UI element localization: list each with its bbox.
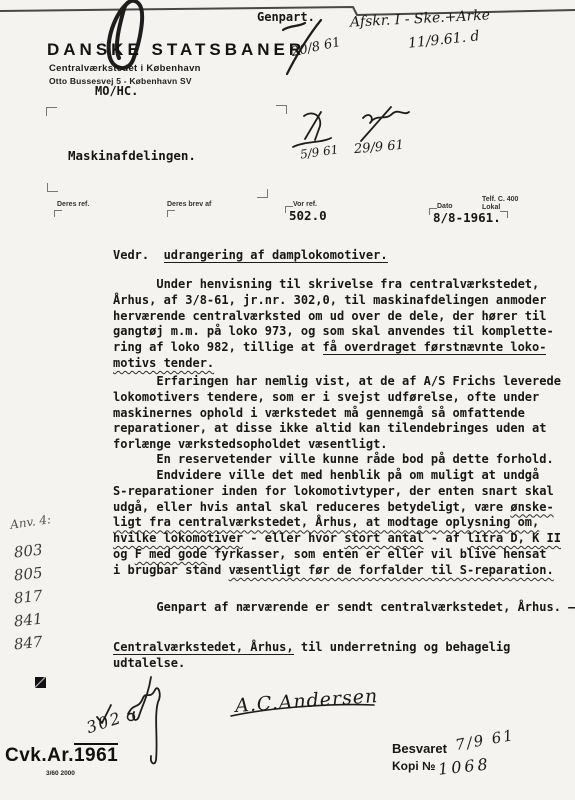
body-paragraph-2: Erfaringen har nemlig vist, at de af A/S… <box>113 374 561 453</box>
body-line: motivs tender. <box>113 356 554 372</box>
body-line: maskinernes ophold i værkstedet må genne… <box>113 406 561 422</box>
body-segment: maskinernes ophold i værkstedet må genne… <box>113 406 525 420</box>
body-segment: - eller hvor <box>243 531 344 545</box>
body-line: udtalelse. <box>113 656 510 672</box>
body-segment: Endvidere ville det med henblik på om mu… <box>113 468 539 482</box>
body-segment: udtalelse. <box>113 656 185 670</box>
hw-margin-number: 803 <box>13 539 44 565</box>
body-line: Endvidere ville det med henblik på om mu… <box>113 468 561 484</box>
body-line: gangtøj m.m. på loko 973, og som skal an… <box>113 324 554 340</box>
body-paragraph-1: Under henvisning til skrivelse fra centr… <box>113 277 554 372</box>
body-line: Århus, af 3/8-61, jr.nr. 302,0, til mask… <box>113 293 554 309</box>
body-segment: ring af loko 982, tillige at <box>113 340 323 354</box>
body-line: Erfaringen har nemlig vist, at de af A/S… <box>113 374 561 390</box>
body-segment: Under henvisning til skrivelse fra centr… <box>113 277 539 291</box>
archive-stamp: Cvk.Ar.1961 <box>5 745 118 767</box>
body-segment: til underretning og behagelig <box>294 640 511 654</box>
recipient: Maskinafdelingen. <box>68 148 196 163</box>
body-line: hvilke lokomotiver - eller hvor stort an… <box>113 531 561 547</box>
body-segment: udgå, eller hvis antal skal reduceres be… <box>113 500 510 514</box>
body-segment: F med gode <box>135 547 207 561</box>
body-segment: lokomotivers tendere, som er i svejst ud… <box>113 390 539 404</box>
body-line: herværende centralværksted om ud over de… <box>113 309 554 325</box>
case-initials: MO/HC. <box>95 84 138 98</box>
body-segment: Erfaringen har nemlig vist, at de af A/S… <box>113 374 561 388</box>
vor-ref-label: Vor ref. <box>293 201 317 208</box>
body-paragraph-3: En reservetender ville kunne råde bod på… <box>113 452 554 468</box>
x-mark-2 <box>361 107 409 141</box>
body-segment: i brugbar stand <box>113 563 229 577</box>
hw-margin-numbers: 803805817841847 <box>14 540 43 655</box>
body-line: ligt fra centralværkstedet, Århus, at mo… <box>113 515 561 531</box>
field-corner-5 <box>500 211 508 218</box>
body-segment: Centralværkstedet, Århus, <box>113 640 294 655</box>
body-line: S-reparationer inden for lokomotivtyper,… <box>113 484 561 500</box>
scanned-letter-page: DANSKE STATSBANER Centralværkstedet i Kø… <box>0 0 575 800</box>
archive-stamp-sub: 3/60 2000 <box>46 770 75 777</box>
body-line: Genpart af nærværende er sendt centralvæ… <box>113 600 575 616</box>
body-line: reparationer, at disse ikke altid kan ti… <box>113 421 561 437</box>
body-segment: forlænge værkstedsopholdet væsentligt. <box>113 437 388 451</box>
hw-margin-number: 841 <box>13 608 44 634</box>
body-segment: og <box>113 547 135 561</box>
subject-line: Vedr. udrangering af damplokomotiver. <box>113 248 388 264</box>
deres-ref-label: Deres ref. <box>57 201 89 208</box>
body-line: lokomotivers tendere, som er i svejst ud… <box>113 390 561 406</box>
window-corner-br <box>257 189 268 198</box>
x-mark-1 <box>293 112 331 147</box>
hw-margin-number: 817 <box>13 585 44 611</box>
body-segment: ønske- <box>510 500 553 514</box>
body-line: i brugbar stand væsentligt før de forfal… <box>113 563 561 579</box>
body-segment: Vedr. <box>113 248 164 262</box>
body-segment: væsentligt før de forfalder til S-repara… <box>229 563 554 577</box>
kopi-label: Kopi № <box>392 759 435 773</box>
hw-margin-number: 847 <box>13 631 44 657</box>
besvaret-label: Besvaret <box>392 741 447 756</box>
closing-paragraph: Centralværkstedet, Århus, til underretni… <box>113 640 510 672</box>
body-segment: ligt fra centralværkstedet, Århus, at mo… <box>113 515 539 529</box>
hw-margin-number: 805 <box>13 562 44 588</box>
window-corner-bl <box>47 183 58 192</box>
body-segment: få overdraget førstnævnte loko- <box>323 340 547 355</box>
body-segment: gangtøj m.m. på loko 973, og som skal an… <box>113 324 554 338</box>
field-corner-2 <box>167 210 175 217</box>
window-corner-tl <box>46 107 57 116</box>
body-segment: fyrkasser, som enten er eller vil blive … <box>207 547 547 561</box>
body-segment: stort antal <box>344 531 423 545</box>
company-name: DANSKE STATSBANER <box>47 40 305 60</box>
body-line: Centralværkstedet, Århus, til underretni… <box>113 640 510 656</box>
dato-value: 8/8-1961. <box>433 210 501 225</box>
body-segment: litra D, K II <box>467 531 561 545</box>
body-segment: S-reparationer inden for lokomotivtyper,… <box>113 484 554 498</box>
window-corner-tr <box>276 105 287 114</box>
body-segment: hvilke lokomotiver <box>113 531 243 545</box>
body-segment: motivs tender. <box>113 356 214 370</box>
body-segment: herværende centralværksted om ud over de… <box>113 309 546 323</box>
phone-label: Telf. C. 400 <box>482 196 518 203</box>
archive-stamp-prefix: Cvk.Ar. <box>5 745 74 766</box>
body-line: udgå, eller hvis antal skal reduceres be… <box>113 500 561 516</box>
copy-label: Genpart. <box>257 10 315 24</box>
body-line: Under henvisning til skrivelse fra centr… <box>113 277 554 293</box>
body-segment: Genpart af nærværende er sendt centralvæ… <box>113 600 575 614</box>
company-department: Centralværkstedet i København <box>49 63 201 74</box>
body-segment: reparationer, at disse ikke altid kan ti… <box>113 421 546 435</box>
body-segment: - af <box>424 531 467 545</box>
body-line: ring af loko 982, tillige at få overdrag… <box>113 340 554 356</box>
archive-stamp-year: 1961 <box>74 743 118 766</box>
vor-ref-value: 502.0 <box>289 208 327 223</box>
body-line: forlænge værkstedsopholdet væsentligt. <box>113 437 561 453</box>
deres-brev-label: Deres brev af <box>167 201 211 208</box>
body-segment: En reservetender ville kunne råde bod på… <box>113 452 554 466</box>
body-segment: udrangering af damplokomotiver. <box>164 248 388 263</box>
body-line: og F med gode fyrkasser, som enten er el… <box>113 547 561 563</box>
body-line: En reservetender ville kunne råde bod på… <box>113 452 554 468</box>
body-paragraph-5: Genpart af nærværende er sendt centralvæ… <box>113 600 575 616</box>
body-segment: Århus, af 3/8-61, jr.nr. 302,0, til mask… <box>113 293 546 307</box>
registry-square-stamp <box>35 677 46 688</box>
body-line: Vedr. udrangering af damplokomotiver. <box>113 248 388 264</box>
dato-label: Dato <box>437 203 453 210</box>
field-corner-1 <box>54 210 62 217</box>
body-paragraph-4: Endvidere ville det med henblik på om mu… <box>113 468 561 579</box>
